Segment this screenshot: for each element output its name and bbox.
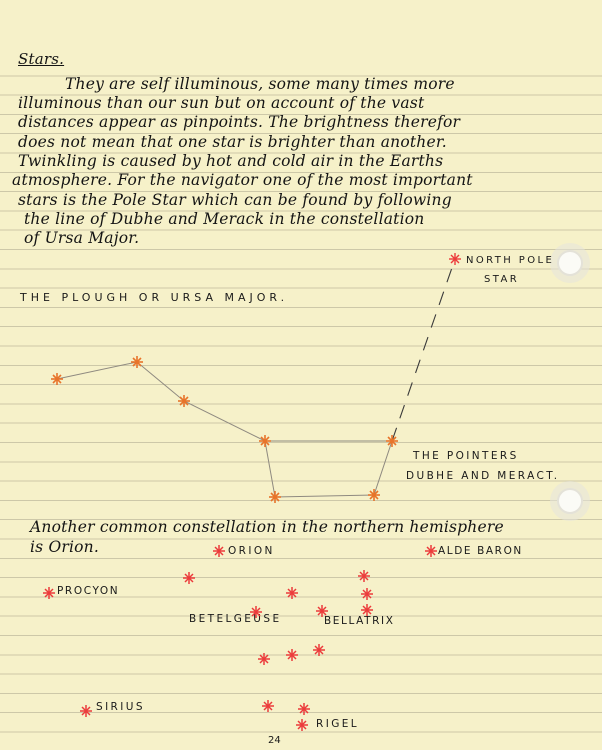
north-star-label: NORTH POLE — [466, 255, 554, 266]
star-icon — [269, 491, 281, 503]
notebook-page: Stars. They are self illuminous, some ma… — [0, 0, 602, 750]
star-icon-betelgeuse — [250, 606, 262, 618]
label-betelgeuse: BETELGEUSE — [189, 613, 282, 625]
page-number: 24 — [268, 735, 281, 746]
label-rigel: RIGEL — [316, 718, 359, 730]
star-icon — [178, 395, 190, 407]
star-icon-merak — [386, 435, 398, 447]
ursa-major-diagram — [0, 0, 602, 750]
star-icon-belt — [313, 644, 325, 656]
star-icon — [358, 570, 370, 582]
star-icon — [262, 700, 274, 712]
star-icon-belt — [286, 649, 298, 661]
star-icon-rigel — [296, 719, 308, 731]
star-icon — [259, 435, 271, 447]
label-sirius: SIRIUS — [96, 701, 145, 713]
star-icon-procyon — [43, 587, 55, 599]
star-icon — [131, 356, 143, 368]
label-aldebaran: ALDE BARON — [438, 545, 523, 557]
star-icon — [361, 588, 373, 600]
orion-intro-line: is Orion. — [30, 538, 99, 556]
star-icon — [51, 373, 63, 385]
star-icon — [298, 703, 310, 715]
star-icon-dubhe — [368, 489, 380, 501]
star-icon-belt — [258, 653, 270, 665]
star-icon-sirius — [80, 705, 92, 717]
pointers-label-2: DUBHE AND MERACT. — [406, 470, 560, 482]
ursa-major-caption: THE PLOUGH OR URSA MAJOR. — [20, 291, 288, 304]
orion-intro-line: Another common constellation in the nort… — [30, 518, 504, 536]
star-icon — [286, 587, 298, 599]
label-procyon: PROCYON — [57, 585, 119, 597]
star-icon — [361, 604, 373, 616]
star-icon — [183, 572, 195, 584]
label-orion: ORION — [228, 545, 275, 557]
pointers-label: THE POINTERS — [413, 450, 519, 462]
label-bellatrix: BELLATRIX — [324, 615, 395, 627]
north-star-icon — [449, 253, 461, 265]
north-star-label-2: STAR — [484, 274, 519, 285]
star-icon-bellatrix — [316, 605, 328, 617]
star-icon-aldebaran — [425, 545, 437, 557]
star-icon — [213, 545, 225, 557]
